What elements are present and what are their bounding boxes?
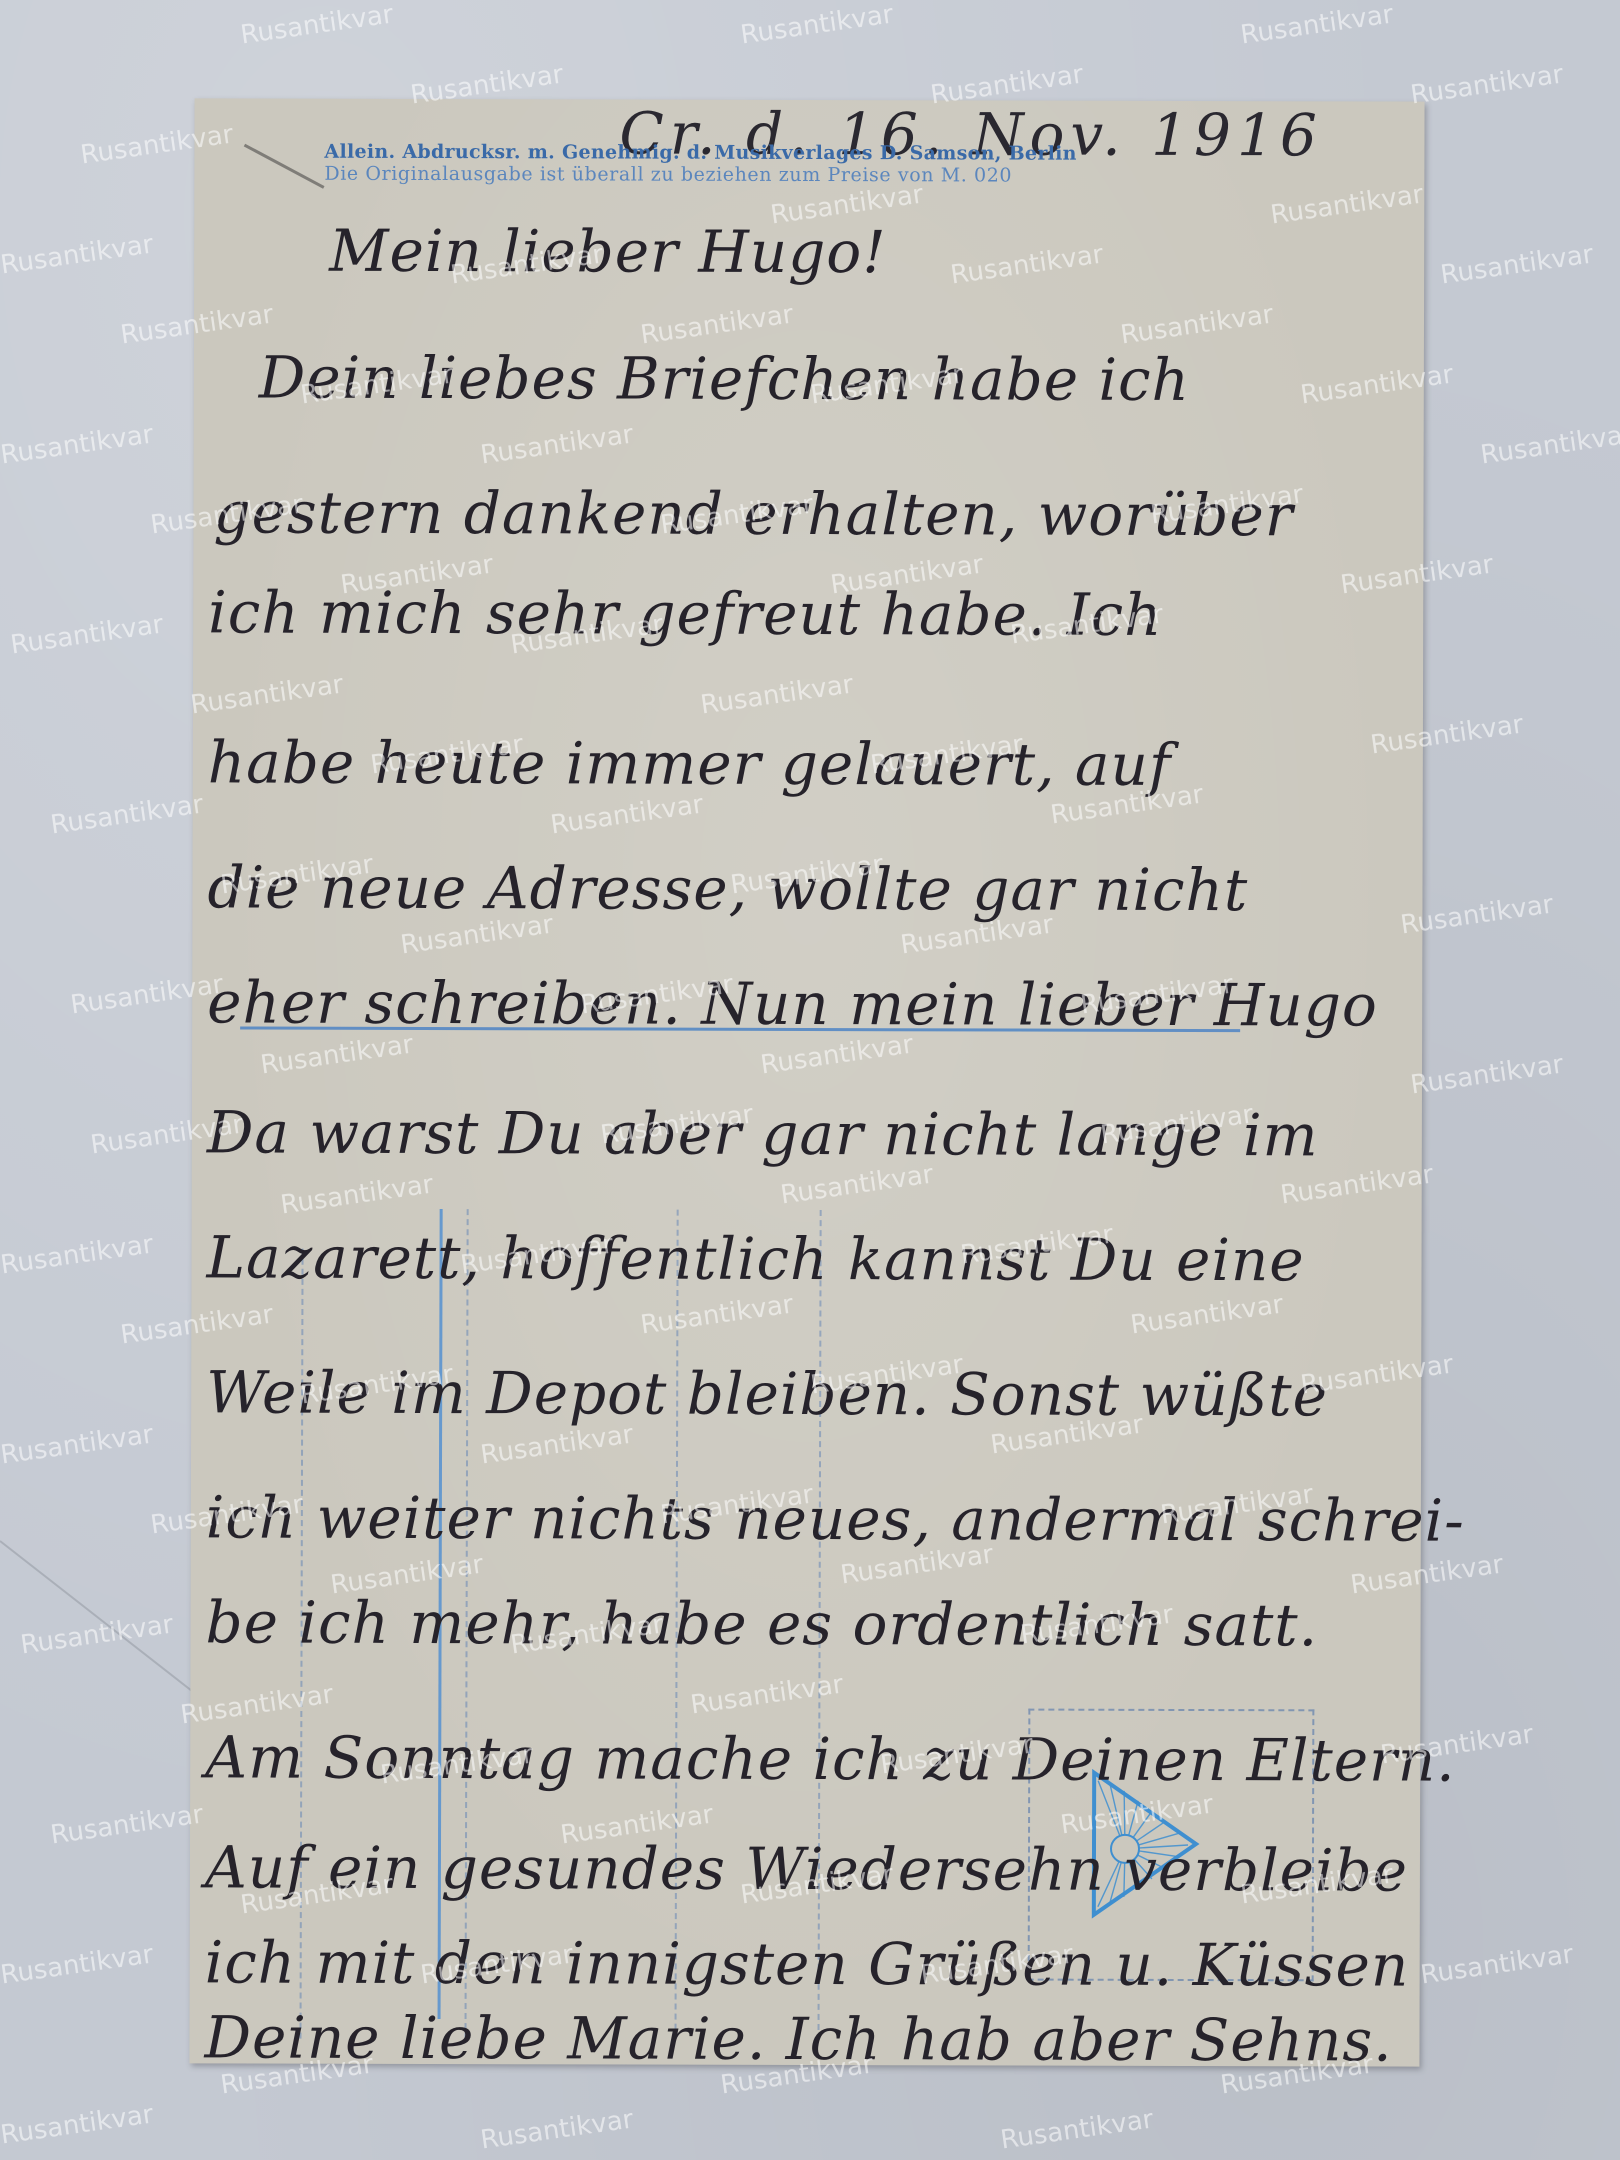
letter-line: Am Sonntag mache ich zu Deinen Eltern. <box>205 1723 1435 1794</box>
letter-line: Lazarett, hoffentlich kannst Du eine <box>206 1223 1436 1294</box>
letter-line: Da warst Du aber gar nicht lange im <box>207 1098 1437 1169</box>
postcard: Cr. d. 16. Nov. 1916 Allein. Abdrucksr. … <box>189 98 1424 2066</box>
letter-line: gestern dankend erhalten, worüber <box>213 478 1443 549</box>
header-line-2: Die Originalausgabe ist überall zu bezie… <box>324 163 1414 188</box>
letter-line: ich mich sehr gefreut habe. Ich <box>208 578 1438 649</box>
letter-line: ich weiter nichts neues, andermal schrei… <box>206 1483 1436 1554</box>
letter-line: Mein lieber Hugo! <box>329 217 1559 288</box>
letter-line: eher schreiben. Nun mein lieber Hugo <box>207 968 1437 1039</box>
letter-line: Auf ein gesundes Wiedersehn verbleibe <box>205 1833 1435 1904</box>
letter-line: die neue Adresse, wollte gar nicht <box>207 853 1437 924</box>
letter-line: Weile im Depot bleiben. Sonst wüßte <box>206 1358 1436 1429</box>
header-line-1: Allein. Abdrucksr. m. Genehmig. d. Musik… <box>324 141 1414 166</box>
letter-line: be ich mehr, habe es ordentlich satt. <box>205 1588 1435 1659</box>
corner-scratch-mark <box>244 144 325 189</box>
letter-line: habe heute immer gelauert, auf <box>208 728 1438 799</box>
letter-line: Dein liebes Briefchen habe ich <box>259 344 1489 415</box>
letter-line: ich mit den innigsten Grüßen u. Küssen <box>205 1928 1435 1999</box>
letter-line: Deine liebe Marie. Ich hab aber Sehns. <box>204 2003 1434 2074</box>
printed-publisher-header: Allein. Abdrucksr. m. Genehmig. d. Musik… <box>324 141 1414 188</box>
